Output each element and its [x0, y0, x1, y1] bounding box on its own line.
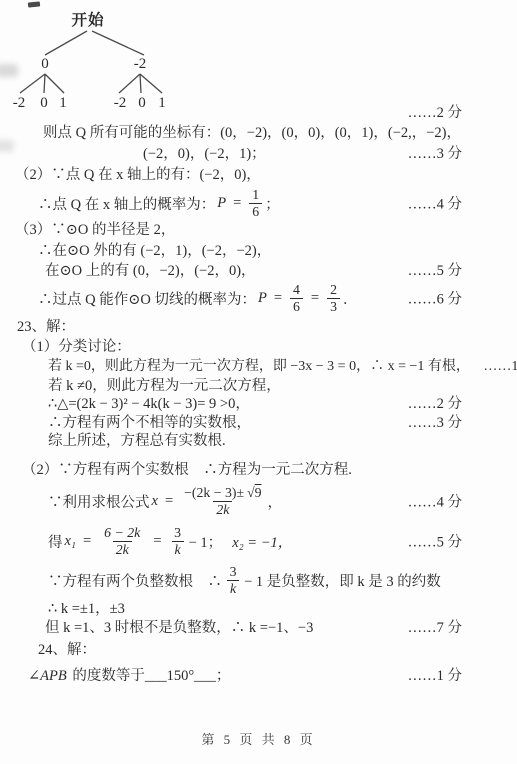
fraction: −(2k − 3)±√9 2k [181, 485, 264, 518]
negative-roots-suffix: − 1 是负整数，即 k 是 3 的约数 [244, 570, 441, 591]
score-marker: ……4 分 [408, 491, 462, 512]
punctuation: ； [265, 193, 280, 214]
radicand: 9 [255, 485, 262, 500]
fraction: 2 3 [327, 282, 340, 315]
fraction: 1 6 [249, 187, 262, 220]
angle-answer-text: 的度数等于___150°___； [72, 668, 230, 684]
fraction-denominator: 6 [249, 203, 262, 220]
fraction-numerator: −(2k − 3)±√9 [181, 485, 264, 501]
text-line: 在⊙O 上的有 (0，−2)，(−2，0)， ……5 分 [0, 262, 517, 281]
fraction-numerator: 3 [227, 564, 240, 580]
text-line: （2）∵方程有两个实数根 ∴方程为一元二次方程. [0, 461, 517, 480]
tree-diagram: 开始 0 -2 -2 0 1 -2 0 1 [4, 2, 204, 120]
question-23-title: 23、解： [17, 319, 75, 335]
discriminant-formula: ∴△=(2k − 3)² − 4k(k − 3)= 9 >0， [48, 396, 250, 412]
tree-leaf-label: 0 [40, 95, 48, 112]
on-circle-text: 在⊙O 上的有 (0，−2)，(−2，0)， [45, 263, 256, 279]
part1-heading: （1）分类讨论： [22, 339, 131, 355]
score-marker: ……4 分 [408, 193, 462, 214]
probability-text: ∴点 Q 在 x 轴上的概率为： [38, 193, 215, 214]
equals-sign: = [274, 290, 282, 307]
score-marker: ……7 分 [408, 619, 462, 638]
sqrt-expression: √9 [247, 485, 261, 500]
fraction-denominator: k [172, 541, 184, 558]
formula-line: ∴点 Q 在 x 轴上的概率为： P = 1 6 ； ……4 分 [0, 185, 517, 221]
score-marker: ……5 分 [408, 262, 462, 281]
text-line: 则点 Q 所有可能的坐标有：(0，−2)，(0，0)，(0，1)，(−2,，−2… [0, 124, 517, 143]
variable-P: P [217, 195, 226, 212]
score-marker: ……3 分 [408, 414, 462, 433]
radical-sign: √ [247, 485, 255, 500]
outside-circle-text: ∴在⊙O 外的有 (−2，1)，(−2，−2)， [38, 243, 271, 259]
fraction-numerator: 6 − 2k [101, 525, 143, 541]
roots-prefix: 得 [48, 531, 63, 552]
case-k-zero-text: 若 k =0，则此方程为一元一次方程，即 −3x − 3 = 0，∴ x = −… [48, 359, 470, 374]
tree-leaf-label: -2 [114, 95, 127, 112]
text-line: ∴方程有两个不相等的实数根， ……3 分 [0, 414, 517, 433]
score-marker: ……6 分 [408, 288, 462, 309]
tree-leaf-label: 1 [59, 95, 67, 112]
tangent-probability-text: ∴过点 Q 能作⊙O 切线的概率为： [38, 288, 256, 309]
formula-line: ∴过点 Q 能作⊙O 切线的概率为： P = 4 6 = 2 3 ． ……6 分 [0, 280, 517, 316]
text-line: （1）分类讨论： [0, 338, 517, 357]
fraction: 4 6 [290, 282, 303, 315]
fraction-denominator: 6 [290, 298, 303, 315]
tree-node-label: -2 [134, 56, 147, 73]
k-values-text: ∴ k =±1，±3 [48, 601, 125, 617]
fraction-numerator: 2 [327, 282, 340, 298]
fraction-numerator: 1 [249, 187, 262, 203]
tree-node-label: 0 [41, 56, 49, 73]
formula-line: ∵方程有两个负整数根 ∴ 3 k − 1 是负整数，即 k 是 3 的约数 [0, 561, 517, 599]
angle-apb-symbol: ∠APB [28, 668, 67, 684]
punctuation: ． [343, 288, 358, 309]
formula-line: 得 x₁ = 6 − 2k 2k = 3 k − 1； x₂ = −1， ……5… [0, 522, 517, 560]
equals-sign: = [83, 533, 91, 550]
fraction-denominator: 2k [113, 541, 132, 558]
text-line: ∠APB 的度数等于___150°___； ……1 分 [0, 667, 517, 686]
part3-statement: （3）∵⊙O 的半径是 2， [15, 222, 175, 238]
text-line: 但 k =1、3 时根不是负整数，∴ k =−1、−3 ……7 分 [0, 619, 517, 638]
document-page: 开始 0 -2 -2 0 1 -2 0 1 ……2 分 则点 Q 所有可能的坐标… [0, 0, 517, 764]
text-line: ∴ k =±1，±3 [0, 600, 517, 619]
score-marker: ……1 分 [408, 667, 462, 686]
equals-sign: = [165, 493, 173, 510]
text-line: ∴△=(2k − 3)² − 4k(k − 3)= 9 >0， ……2 分 [0, 395, 517, 414]
text-line: 若 k =0，则此方程为一元一次方程，即 −3x − 3 = 0，∴ x = −… [0, 357, 517, 376]
two-distinct-roots-text: ∴方程有两个不相等的实数根， [48, 415, 251, 431]
fraction: 6 − 2k 2k [99, 525, 145, 558]
variable-P: P [258, 290, 267, 307]
fraction-denominator: 2k [213, 501, 232, 518]
score-marker: ……2 分 [408, 104, 462, 123]
equals-sign: = [153, 533, 161, 550]
variable-x: x [152, 493, 158, 510]
variable-x1: x₁ [65, 533, 76, 550]
coords-list-2: (−2，0)，(−2，1)； [143, 146, 266, 162]
equals-sign: = [311, 290, 319, 307]
conclusion-text: 综上所述，方程总有实数根. [48, 433, 226, 449]
negative-roots-prefix: ∵方程有两个负整数根 ∴ [48, 570, 222, 591]
text-line: ∴在⊙O 外的有 (−2，1)，(−2，−2)， [0, 242, 517, 261]
text-line: 24、解： [0, 641, 517, 660]
tree-leaf-label: 0 [138, 95, 146, 112]
tree-leaf-label: -2 [13, 95, 26, 112]
fraction-numerator: 4 [290, 282, 303, 298]
score-marker: ……1 分 [483, 359, 517, 374]
fraction: 3 k [225, 564, 241, 597]
root2-expression: x₂ = −1， [232, 531, 292, 552]
equals-sign: = [233, 195, 241, 212]
text-line: (−2，0)，(−2，1)； ……3 分 [0, 145, 517, 164]
score-marker: ……5 分 [408, 531, 462, 552]
tree-leaf-label: 1 [158, 95, 166, 112]
text-line: 若 k ≠0，则此方程为一元二次方程， [0, 377, 517, 396]
fraction-denominator: 3 [327, 298, 340, 315]
tree-root-label: 开始 [71, 8, 104, 30]
text-line: 综上所述，方程总有实数根. [0, 432, 517, 451]
score-marker: ……2 分 [408, 395, 462, 414]
text-line: 23、解： [0, 318, 517, 337]
coords-list-1: 则点 Q 所有可能的坐标有：(0，−2)，(0，0)，(0，1)，(−2,，−2… [43, 125, 461, 141]
text-line: （2）∵点 Q 在 x 轴上的有：(−2，0)， [0, 166, 517, 185]
numerator-expression: −(2k − 3)± [184, 485, 244, 500]
part2-statement: （2）∵方程有两个实数根 ∴方程为一元二次方程. [22, 462, 352, 478]
fraction: 3 k [170, 525, 186, 558]
text-line: （3）∵⊙O 的半径是 2， [0, 221, 517, 240]
root1-tail: − 1； [189, 531, 223, 552]
fraction-numerator: 3 [171, 525, 184, 541]
formula-line: ∵利用求根公式 x = −(2k − 3)±√9 2k ， ……4 分 [0, 480, 517, 522]
punctuation: ， [268, 491, 283, 512]
score-marker: ……3 分 [408, 145, 462, 164]
footer-page-number: 第 5 页 共 8 页 [0, 729, 517, 748]
part2-statement: （2）∵点 Q 在 x 轴上的有：(−2，0)， [15, 167, 261, 183]
quadratic-formula-text: ∵利用求根公式 [48, 491, 150, 512]
k-final-text: 但 k =1、3 时根不是负整数，∴ k =−1、−3 [45, 620, 313, 636]
case-k-nonzero-text: 若 k ≠0，则此方程为一元二次方程， [48, 378, 281, 394]
question-24-title: 24、解： [38, 642, 96, 658]
fraction-denominator: k [227, 580, 239, 597]
